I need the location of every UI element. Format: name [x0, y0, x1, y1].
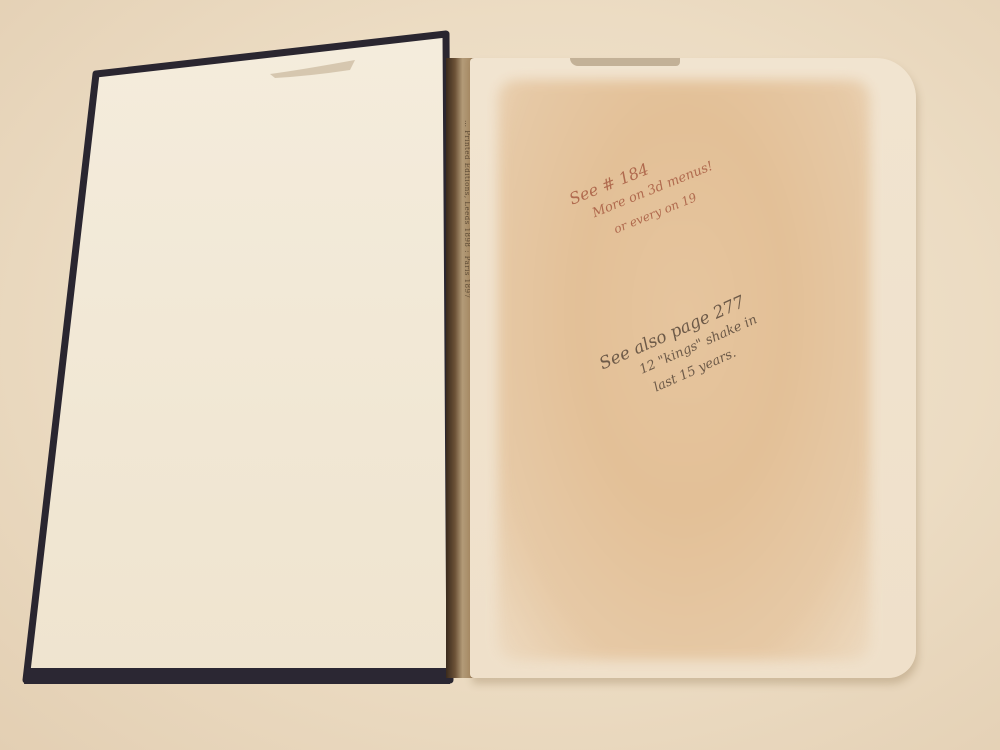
spine-imprint-text: … Printed Editions, Leeds 1898 : Paris 1… — [457, 120, 471, 420]
photo-scene: … Printed Editions, Leeds 1898 : Paris 1… — [0, 0, 1000, 750]
page-edge-wear — [570, 58, 680, 66]
